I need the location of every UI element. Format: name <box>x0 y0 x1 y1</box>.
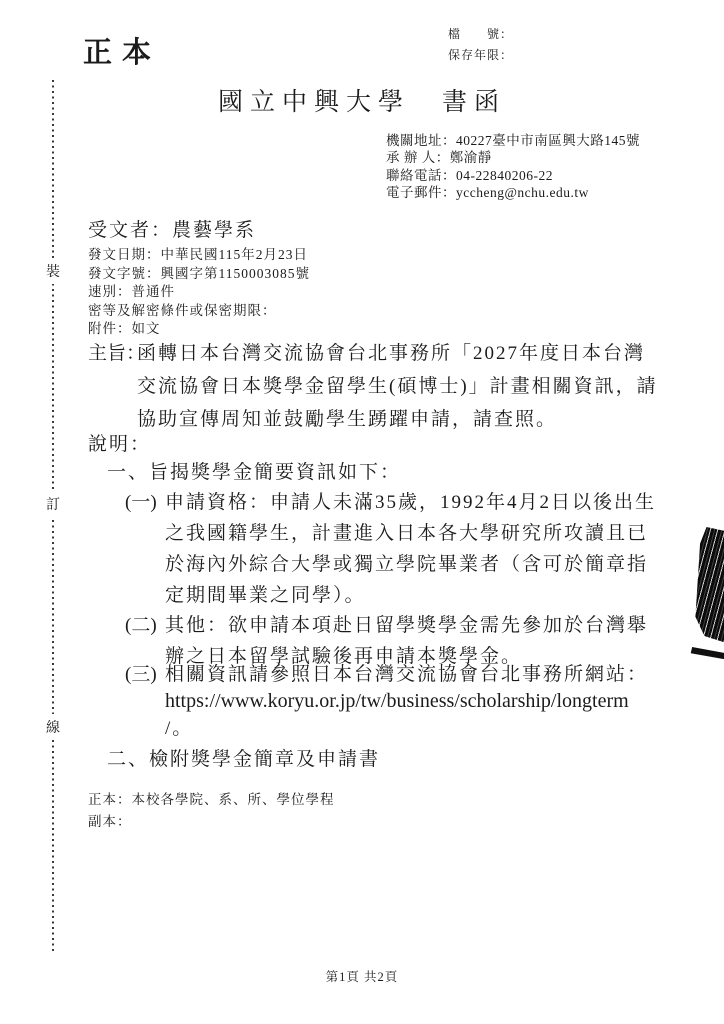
subject-label: 主旨： <box>88 337 137 370</box>
binding-mark-zhuang: 裝 <box>44 258 62 284</box>
copy-recipients: 副本： <box>88 811 335 833</box>
doc-number: 發文字號：興國字第1150003085號 <box>88 265 310 284</box>
distribution-block: 正本：本校各學院、系、所、學位學程 副本： <box>88 789 335 832</box>
item-2-text: 檢附獎學金簡章及申請書 <box>149 749 380 770</box>
explanation-item-1: 一、旨揭獎學金簡要資訊如下： <box>107 456 401 489</box>
scholarship-url-text: https://www.koryu.or.jp/tw/business/scho… <box>165 688 648 715</box>
sub-item-1-line-1: 申請資格：申請人未滿35歲，1992年4月2日以後出生 <box>165 492 656 513</box>
retention-period-label: 保存年限： <box>448 45 513 66</box>
explanation-item-2: 二、檢附獎學金簡章及申請書 <box>107 743 380 776</box>
subject-text-line-2: 交流協會日本獎學金留學生(碩博士)」計畫相關資訊，請 <box>137 370 658 403</box>
ink-stamp-blob <box>690 527 724 665</box>
sub-item-1-line-3: 於海內外綜合大學或獨立學院畢業者（含可於簡章指 <box>165 549 656 580</box>
item-1-number: 一、 <box>107 462 149 483</box>
binding-mark-xian: 線 <box>44 714 62 740</box>
priority-level: 速別：普通件 <box>88 283 310 302</box>
explanation-sub-item-3: (三)相關資訊請參照日本台灣交流協會台北事務所網站： https://www.k… <box>125 661 648 742</box>
sub-item-3-line-1: 相關資訊請參照日本台灣交流協會台北事務所網站： <box>165 664 648 685</box>
subject-paragraph: 主旨：函轉日本台灣交流協會台北事務所「2027年度日本台灣 交流協會日本獎學金留… <box>88 337 658 436</box>
original-recipients: 正本：本校各學院、系、所、學位學程 <box>88 789 335 811</box>
ink-stamp-artifact <box>690 527 724 665</box>
contact-phone: 聯絡電話：04-22840206-22 <box>386 167 640 184</box>
copy-type-label: 正本 <box>83 30 161 71</box>
subject-text-line-3: 協助宣傳周知並鼓勵學生踴躍申請，請查照。 <box>137 403 658 436</box>
security-classification: 密等及解密條件或保密期限： <box>88 302 310 321</box>
contact-person: 承 辦 人：鄭渝靜 <box>386 149 640 166</box>
sub-item-1-line-2: 之我國籍學生，計畫進入日本各大學研究所攻讀且已 <box>165 518 656 549</box>
item-1-text: 旨揭獎學金簡要資訊如下： <box>149 462 401 483</box>
recipient-line: 受文者：農藝學系 <box>88 215 256 242</box>
sub-item-1-line-4: 定期間畢業之同學）。 <box>165 580 656 611</box>
file-number-block: 檔 號： 保存年限： <box>448 24 513 66</box>
meta-block: 發文日期：中華民國115年2月23日 發文字號：興國字第1150003085號 … <box>88 246 310 339</box>
contact-email: 電子郵件：yccheng@nchu.edu.tw <box>386 184 640 201</box>
sub-item-2-line-1: 其他：欲申請本項赴日留學獎學金需先參加於台灣舉 <box>165 615 648 636</box>
file-number-label: 檔 號： <box>448 24 513 45</box>
sub-item-3-number: (三) <box>125 661 165 688</box>
item-2-number: 二、 <box>107 749 149 770</box>
binding-mark-ding: 訂 <box>44 491 62 517</box>
contact-block: 機關地址：40227臺中市南區興大路145號 承 辦 人：鄭渝靜 聯絡電話：04… <box>386 132 640 202</box>
agency-address: 機關地址：40227臺中市南區興大路145號 <box>386 132 640 149</box>
ink-stamp-strip <box>690 646 724 660</box>
sub-item-1-number: (一) <box>125 487 165 518</box>
page-number-footer: 第1頁 共2頁 <box>0 967 724 985</box>
issue-date: 發文日期：中華民國115年2月23日 <box>88 246 310 265</box>
sub-item-3-line-3: /。 <box>165 715 648 742</box>
document-page: 正本 檔 號： 保存年限： 國立中興大學 書函 機關地址：40227臺中市南區興… <box>0 0 724 1024</box>
explanation-sub-item-1: (一)申請資格：申請人未滿35歲，1992年4月2日以後出生 之我國籍學生，計畫… <box>125 487 656 611</box>
document-title: 國立中興大學 書函 <box>0 82 724 118</box>
sub-item-2-number: (二) <box>125 610 165 641</box>
subject-text-line-1: 函轉日本台灣交流協會台北事務所「2027年度日本台灣 <box>137 343 645 364</box>
